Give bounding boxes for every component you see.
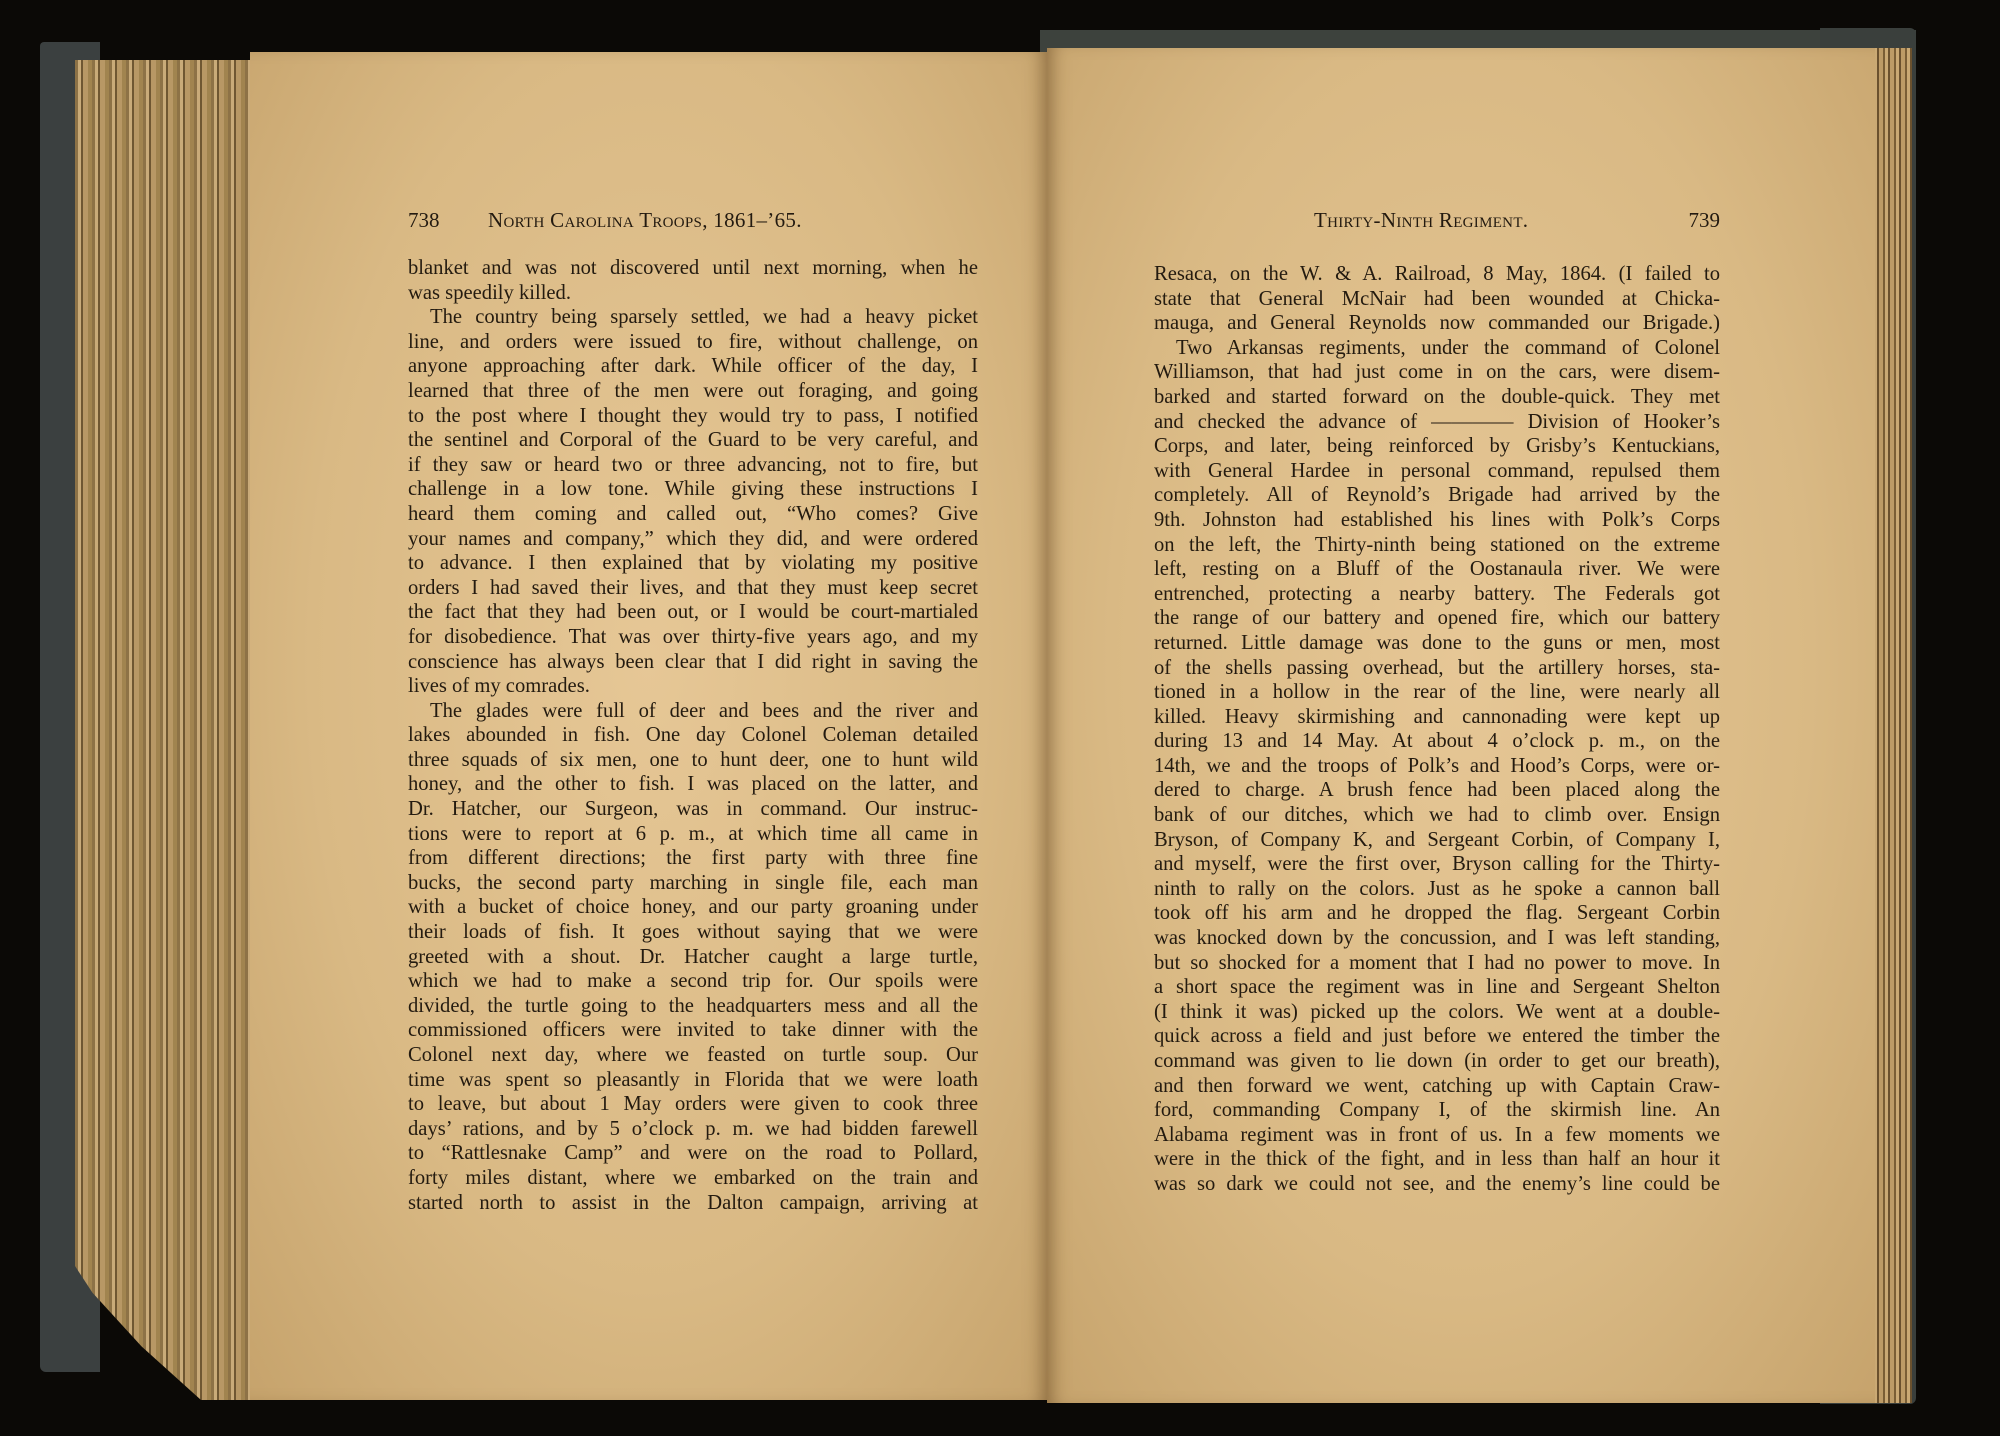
text-line: to advance. I then explained that by vio… <box>408 551 978 576</box>
right-running-head: Thirty-Ninth Regiment. 739 <box>1154 208 1720 238</box>
text-line: bank of our ditches, which we had to cli… <box>1154 803 1720 828</box>
text-line: entrenched, protecting a nearby battery.… <box>1154 582 1720 607</box>
text-line: line, and orders were issued to fire, wi… <box>408 330 978 355</box>
text-line: command was given to lie down (in order … <box>1154 1049 1720 1074</box>
text-line: during 13 and 14 May. At about 4 o’clock… <box>1154 729 1720 754</box>
text-line: the sentinel and Corporal of the Guard t… <box>408 428 978 453</box>
left-running-head: 738 North Carolina Troops, 1861–’65. <box>408 208 976 238</box>
text-line: commissioned officers were invited to ta… <box>408 1018 978 1043</box>
text-line: tions were to report at 6 p. m., at whic… <box>408 822 978 847</box>
right-page-number: 739 <box>1660 208 1720 233</box>
text-line: 14th, we and the troops of Polk’s and Ho… <box>1154 754 1720 779</box>
text-line: which we had to make a second trip for. … <box>408 969 978 994</box>
text-line: challenge in a low tone. While giving th… <box>408 477 978 502</box>
text-line: Two Arkansas regiments, under the comman… <box>1154 336 1720 361</box>
text-line: if they saw or heard two or three advanc… <box>408 453 978 478</box>
text-line: heard them coming and called out, “Who c… <box>408 502 978 527</box>
text-line: honey, and the other to fish. I was plac… <box>408 772 978 797</box>
text-line: ford, commanding Company I, of the skirm… <box>1154 1098 1720 1123</box>
text-line: for disobedience. That was over thirty-f… <box>408 625 978 650</box>
text-line: the fact that they had been out, or I wo… <box>408 600 978 625</box>
text-line: was speedily killed. <box>408 281 978 306</box>
text-line: killed. Heavy skirmishing and cannonadin… <box>1154 705 1720 730</box>
text-line: anyone approaching after dark. While off… <box>408 354 978 379</box>
text-line: conscience has always been clear that I … <box>408 650 978 675</box>
text-line: Colonel next day, where we feasted on tu… <box>408 1043 978 1068</box>
text-line: left, resting on a Bluff of the Oostanau… <box>1154 557 1720 582</box>
text-line: mauga, and General Reynolds now commande… <box>1154 311 1720 336</box>
text-line: learned that three of the men were out f… <box>408 379 978 404</box>
text-line: started north to assist in the Dalton ca… <box>408 1191 978 1216</box>
text-line: took off his arm and he dropped the flag… <box>1154 901 1720 926</box>
text-line: The country being sparsely settled, we h… <box>408 305 978 330</box>
text-line: your names and company,” which they did,… <box>408 527 978 552</box>
text-line: tioned in a hollow in the rear of the li… <box>1154 680 1720 705</box>
text-line: divided, the turtle going to the headqua… <box>408 994 978 1019</box>
text-line: barked and started forward on the double… <box>1154 385 1720 410</box>
text-line: (I think it was) picked up the colors. W… <box>1154 1000 1720 1025</box>
text-line: and checked the advance of ———— Division… <box>1154 410 1720 435</box>
text-line: dered to charge. A brush fence had been … <box>1154 778 1720 803</box>
text-line: 9th. Johnston had established his lines … <box>1154 508 1720 533</box>
text-line: Resaca, on the W. & A. Railroad, 8 May, … <box>1154 262 1720 287</box>
text-line: bucks, the second party marching in sing… <box>408 871 978 896</box>
right-running-title: Thirty-Ninth Regiment. <box>1154 208 1660 233</box>
text-line: Williamson, that had just come in on the… <box>1154 360 1720 385</box>
text-line: orders I had saved their lives, and that… <box>408 576 978 601</box>
text-line: of the shells passing overhead, but the … <box>1154 656 1720 681</box>
text-line: Bryson, of Company K, and Sergeant Corbi… <box>1154 828 1720 853</box>
text-line: with a bucket of choice honey, and our p… <box>408 895 978 920</box>
text-line: Corps, and later, being reinforced by Gr… <box>1154 434 1720 459</box>
text-line: but so shocked for a moment that I had n… <box>1154 951 1720 976</box>
left-page-number: 738 <box>408 208 488 233</box>
text-line: three squads of six men, one to hunt dee… <box>408 748 978 773</box>
text-line: ninth to rally on the colors. Just as he… <box>1154 877 1720 902</box>
text-line: greeted with a shout. Dr. Hatcher caught… <box>408 945 978 970</box>
text-line: were in the thick of the fight, and in l… <box>1154 1147 1720 1172</box>
text-line: forty miles distant, where we embarked o… <box>408 1166 978 1191</box>
left-running-title: North Carolina Troops, 1861–’65. <box>488 208 802 233</box>
text-line: to the post where I thought they would t… <box>408 404 978 429</box>
page-edges-left <box>75 60 250 1400</box>
text-line: quick across a field and just before we … <box>1154 1024 1720 1049</box>
text-line: lakes abounded in fish. One day Colonel … <box>408 723 978 748</box>
left-page-body: blanket and was not discovered until nex… <box>408 256 978 1215</box>
text-line: returned. Little damage was done to the … <box>1154 631 1720 656</box>
text-line: was so dark we could not see, and the en… <box>1154 1172 1720 1197</box>
text-line: the range of our battery and opened fire… <box>1154 606 1720 631</box>
text-line: to leave, but about 1 May orders were gi… <box>408 1092 978 1117</box>
text-line: Alabama regiment was in front of us. In … <box>1154 1123 1720 1148</box>
text-line: days’ rations, and by 5 o’clock p. m. we… <box>408 1117 978 1142</box>
text-line: and then forward we went, catching up wi… <box>1154 1074 1720 1099</box>
text-line: state that General McNair had been wound… <box>1154 287 1720 312</box>
page-edges-right <box>1872 48 1912 1403</box>
text-line: from different directions; the first par… <box>408 846 978 871</box>
text-line: The glades were full of deer and bees an… <box>408 699 978 724</box>
text-line: completely. All of Reynold’s Brigade had… <box>1154 483 1720 508</box>
text-line: to “Rattlesnake Camp” and were on the ro… <box>408 1141 978 1166</box>
text-line: Dr. Hatcher, our Surgeon, was in command… <box>408 797 978 822</box>
text-line: their loads of fish. It goes without say… <box>408 920 978 945</box>
right-page-body: Resaca, on the W. & A. Railroad, 8 May, … <box>1154 262 1720 1197</box>
text-line: on the left, the Thirty-ninth being stat… <box>1154 533 1720 558</box>
text-line: blanket and was not discovered until nex… <box>408 256 978 281</box>
text-line: and myself, were the first over, Bryson … <box>1154 852 1720 877</box>
text-line: a short space the regiment was in line a… <box>1154 975 1720 1000</box>
text-line: was knocked down by the concussion, and … <box>1154 926 1720 951</box>
text-line: lives of my comrades. <box>408 674 978 699</box>
text-line: time was spent so pleasantly in Florida … <box>408 1068 978 1093</box>
text-line: with General Hardee in personal command,… <box>1154 459 1720 484</box>
